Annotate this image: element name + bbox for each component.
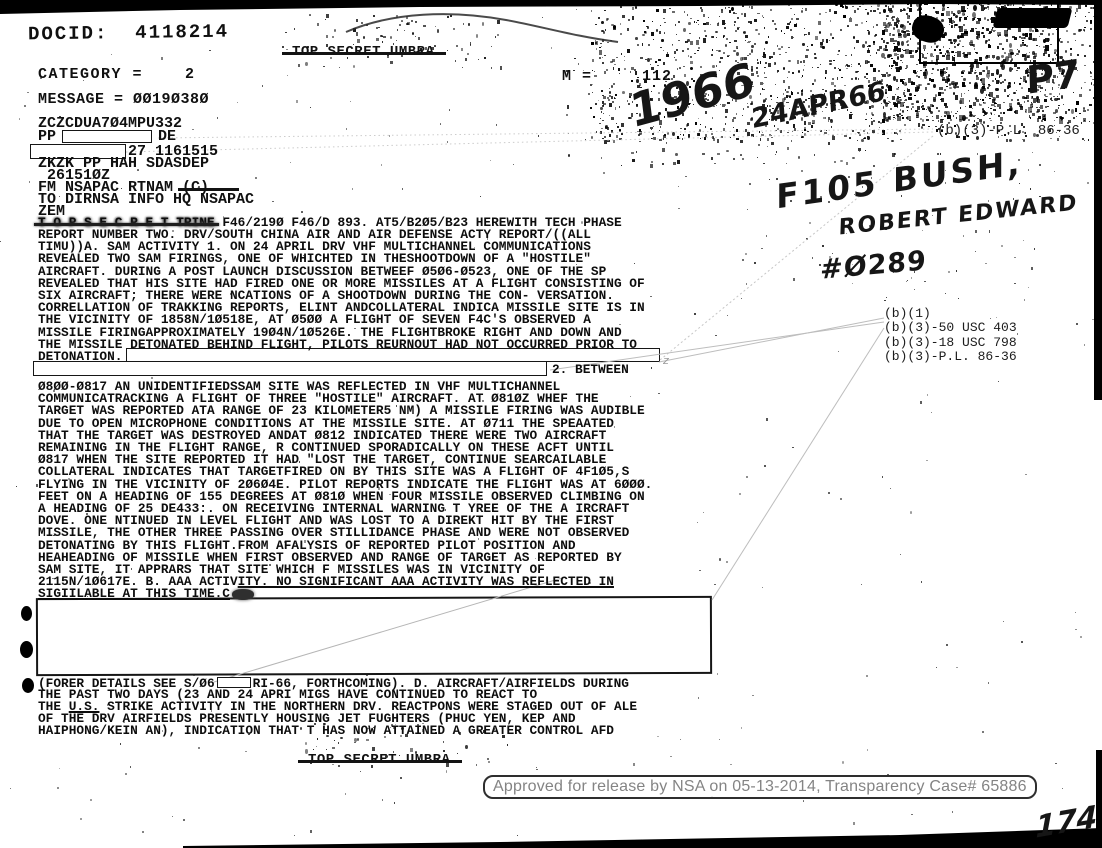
document-page: DOCID: 4118214 TOP SECRET UMBRA CATEGORY… bbox=[0, 0, 1102, 848]
redaction-box-large bbox=[36, 596, 712, 676]
body-paragraph-a: REPORT NUMBER TWO. DRV/SOUTH CHINA AIR A… bbox=[38, 229, 645, 351]
body-line-sigiilable: SIGIILABLE AT THIS TIME.C bbox=[38, 588, 230, 600]
body-paragraph-b: Ø8ØØ-Ø817 AN UNIDENTIFIEDSSAM SITE WAS R… bbox=[38, 381, 652, 576]
routing-line-to: TO DIRNSA INFO HQ NSAPAC bbox=[38, 194, 254, 206]
body-line-haiphong: HAIPHONG/KEIN AN), INDICATION THAT T HAS… bbox=[38, 725, 614, 737]
handwritten-serial: #Ø289 bbox=[820, 245, 927, 285]
handwritten-date: 24APR66 bbox=[750, 76, 886, 136]
margin-blob bbox=[21, 606, 32, 621]
handwritten-page-number: 174 bbox=[1035, 799, 1097, 845]
pencil-z-mark: z bbox=[663, 354, 669, 367]
foia-exemption-block: (b)(1)(b)(3)-50 USC 403(b)(3)-18 USC 798… bbox=[884, 307, 1017, 364]
routing-line-2-pp: PP bbox=[38, 131, 56, 143]
body-line-between: 2. BETWEEN bbox=[552, 364, 629, 376]
docid-line: DOCID: 4118214 bbox=[28, 21, 229, 46]
foia-exemption-top-right: (b)(3)-P.L. 86-36 bbox=[937, 123, 1080, 139]
category-line: CATEGORY = 2 bbox=[38, 66, 196, 83]
margin-blob bbox=[20, 641, 33, 658]
routing-line-2-de: DE bbox=[158, 131, 176, 143]
handwritten-page-mark: P7 bbox=[1025, 51, 1080, 103]
pen-swoosh bbox=[346, 14, 618, 42]
ink-smear bbox=[232, 589, 254, 600]
classification-stamp-bottom: TOP SECRET UMBRA bbox=[308, 752, 450, 768]
margin-blob bbox=[22, 678, 34, 693]
body-line-detonation: DETONATION. bbox=[38, 351, 122, 363]
classification-stamp-top: TOP SECRET UMBRA bbox=[292, 44, 434, 60]
corner-box-outline bbox=[919, 2, 1059, 64]
docid-label: DOCID: bbox=[28, 22, 109, 45]
handwritten-year: 1966 bbox=[627, 51, 757, 138]
release-approval-stamp: Approved for release by NSA on 05-13-201… bbox=[483, 775, 1037, 799]
docid-number: 4118214 bbox=[135, 21, 229, 44]
message-number-line: MESSAGE = ØØ19Ø38Ø bbox=[38, 91, 209, 108]
